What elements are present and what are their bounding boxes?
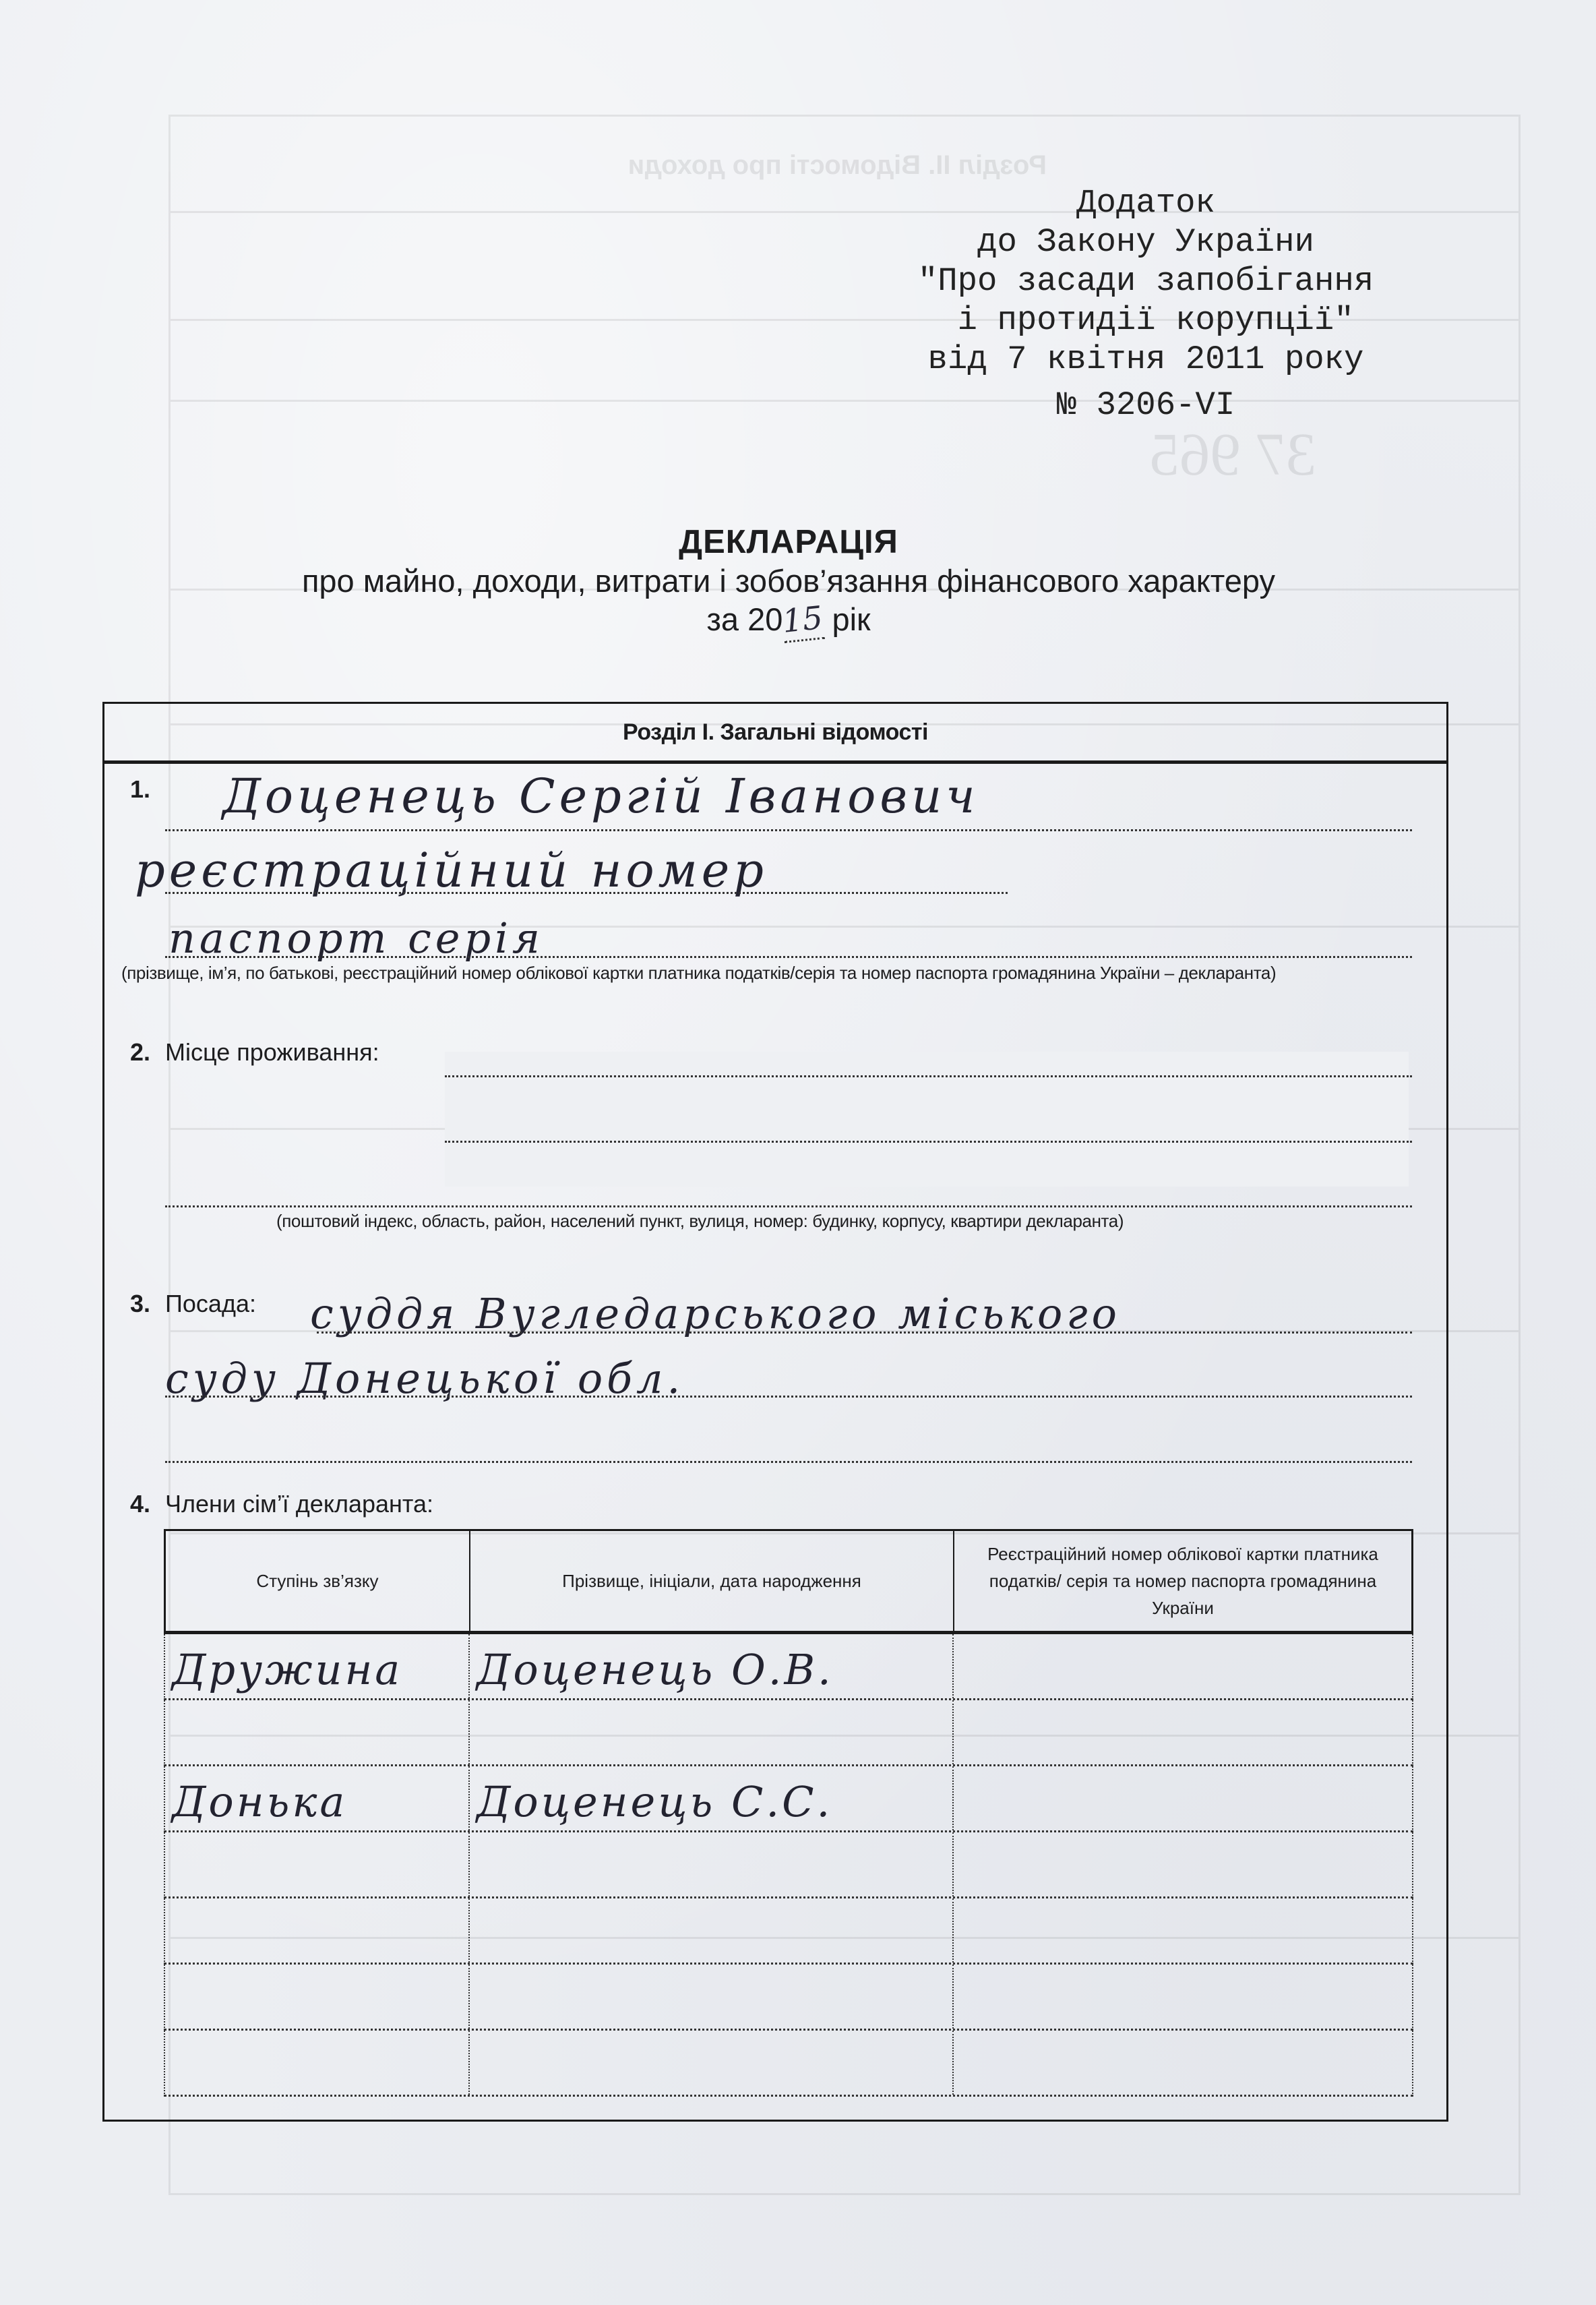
relation-cell[interactable] bbox=[165, 1965, 470, 2029]
item-1-line-1 bbox=[165, 829, 1412, 831]
table-header: Ступінь зв’язку Прізвище, ініціали, дата… bbox=[164, 1529, 1413, 1634]
table-body: Дружина Доценець О.В. Донька Доценець С.… bbox=[164, 1634, 1413, 2096]
item-1-line-3 bbox=[165, 956, 1412, 958]
table-row: Дружина Доценець О.В. bbox=[164, 1634, 1413, 1700]
id-cell[interactable] bbox=[954, 2031, 1412, 2095]
id-cell[interactable] bbox=[954, 1832, 1412, 1896]
table-row bbox=[164, 1965, 1413, 2031]
item-1-number: 1. bbox=[130, 775, 165, 804]
address-line-1[interactable] bbox=[445, 1075, 1412, 1077]
declaration-year: за 2015 рік bbox=[162, 601, 1415, 641]
address-line-3[interactable] bbox=[165, 1205, 1412, 1207]
annex-line: і протидії корупції" bbox=[842, 301, 1449, 340]
declarant-name-handwritten[interactable]: Доценець Сергій Іванович bbox=[222, 769, 979, 824]
declaration-title-block: ДЕКЛАРАЦІЯ про майно, доходи, витрати і … bbox=[162, 522, 1415, 641]
annex-line: № 3206-VI bbox=[842, 386, 1449, 425]
year-handwritten-field[interactable]: 15 bbox=[780, 599, 825, 643]
relation-cell[interactable]: Дружина bbox=[165, 1634, 470, 1698]
item-1-line-2 bbox=[165, 892, 1008, 894]
column-header-relation: Ступінь зв’язку bbox=[166, 1531, 470, 1631]
id-cell[interactable] bbox=[954, 1634, 1412, 1698]
relation-value: Донька bbox=[172, 1777, 347, 1826]
table-row bbox=[164, 1898, 1413, 1965]
name-value: Доценець С.С. bbox=[477, 1777, 832, 1826]
annex-line: "Про засади запобігання bbox=[842, 262, 1449, 301]
relation-cell[interactable]: Донька bbox=[165, 1766, 470, 1830]
section-1-header: Розділ І. Загальні відомості bbox=[104, 704, 1446, 764]
name-value: Доценець О.В. bbox=[477, 1645, 834, 1694]
annex-line: від 7 квітня 2011 року bbox=[842, 340, 1449, 379]
annex-line: Додаток bbox=[842, 183, 1449, 222]
name-cell[interactable] bbox=[470, 2031, 954, 2095]
address-line-2[interactable] bbox=[445, 1141, 1412, 1143]
page-title: ДЕКЛАРАЦІЯ bbox=[162, 522, 1415, 562]
page-subtitle: про майно, доходи, витрати і зобов’язанн… bbox=[162, 562, 1415, 601]
family-members-table: Ступінь зв’язку Прізвище, ініціали, дата… bbox=[164, 1529, 1413, 2096]
name-cell[interactable] bbox=[470, 1700, 954, 1764]
id-cell[interactable] bbox=[954, 1898, 1412, 1963]
name-cell[interactable]: Доценець О.В. bbox=[470, 1634, 954, 1698]
item-4-label: 4.Члени сім’ї декларанта: bbox=[130, 1490, 433, 1518]
relation-cell[interactable] bbox=[165, 1700, 470, 1764]
id-cell[interactable] bbox=[954, 1965, 1412, 2029]
item-2-caption: (поштовий індекс, область, район, населе… bbox=[276, 1211, 1124, 1232]
table-row: Донька Доценець С.С. bbox=[164, 1766, 1413, 1832]
name-cell[interactable] bbox=[470, 1965, 954, 2029]
annex-line: до Закону України bbox=[842, 222, 1449, 262]
table-row bbox=[164, 2031, 1413, 2097]
relation-cell[interactable] bbox=[165, 2031, 470, 2095]
position-line-2 bbox=[165, 1396, 1412, 1398]
relation-cell[interactable] bbox=[165, 1832, 470, 1896]
year-suffix: рік bbox=[832, 601, 870, 637]
name-cell[interactable]: Доценець С.С. bbox=[470, 1766, 954, 1830]
table-row bbox=[164, 1700, 1413, 1766]
relation-cell[interactable] bbox=[165, 1898, 470, 1963]
name-cell[interactable] bbox=[470, 1832, 954, 1896]
year-prefix: за 20 bbox=[706, 601, 782, 637]
item-1-caption: (прізвище, ім’я, по батькові, реєстрацій… bbox=[121, 963, 1276, 984]
item-2-label: 2.Місце проживання: bbox=[130, 1038, 379, 1067]
id-cell[interactable] bbox=[954, 1700, 1412, 1764]
column-header-id: Реєстраційний номер облікової картки пла… bbox=[954, 1531, 1411, 1631]
id-cell[interactable] bbox=[954, 1766, 1412, 1830]
address-redacted-area bbox=[445, 1052, 1409, 1187]
name-cell[interactable] bbox=[470, 1898, 954, 1963]
column-header-name: Прізвище, ініціали, дата народження bbox=[470, 1531, 954, 1631]
declarant-reg-number-label-handwritten[interactable]: реєстраційний номер bbox=[135, 843, 768, 898]
item-3-label: 3.Посада: bbox=[130, 1290, 256, 1318]
position-line-3 bbox=[165, 1461, 1412, 1463]
position-line-1 bbox=[317, 1331, 1412, 1334]
law-annex-reference: Додаток до Закону України "Про засади за… bbox=[842, 183, 1449, 425]
table-row bbox=[164, 1832, 1413, 1898]
relation-value: Дружина bbox=[172, 1645, 402, 1694]
